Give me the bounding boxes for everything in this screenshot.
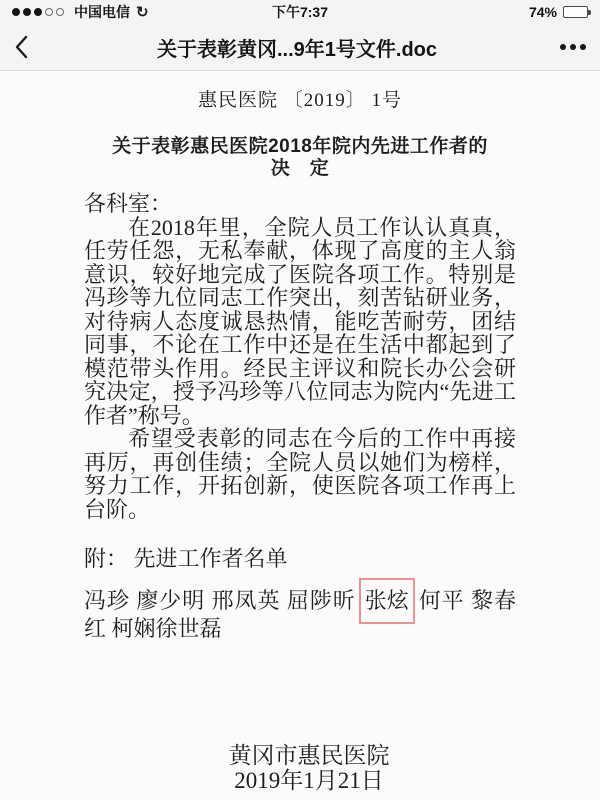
ellipsis-dot-icon [560,44,566,50]
ellipsis-dot-icon [580,44,586,50]
attachment-label: 附： 先进工作者名单 [84,547,516,571]
document-heading-line2: 决 定 [0,158,600,180]
signal-dot-filled [12,8,20,16]
names-list: 冯珍 廖少明 邢凤英 屈陟昕张炫何平 黎春红 柯娴徐世磊 [84,587,516,643]
more-options-button[interactable] [540,44,586,50]
document-scroll-area[interactable]: 惠民医院 〔2019〕 1号 关于表彰惠民医院2018年院内先进工作者的 决 定… [0,71,600,800]
chevron-left-icon [14,35,28,59]
highlighted-name: 张炫 [359,578,415,624]
document-heading: 关于表彰惠民医院2018年院内先进工作者的 决 定 [0,136,600,180]
document-body: 各科室： 在2018年里，全院人员工作认认真真，任劳任怨，无私奉献，体现了高度的… [84,192,516,793]
salutation: 各科室： [84,192,516,216]
document-number: 惠民医院 〔2019〕 1号 [0,85,600,112]
ellipsis-dot-icon [570,44,576,50]
document-heading-line1: 关于表彰惠民医院2018年院内先进工作者的 [0,136,600,158]
body-paragraph: 希望受表彰的同志在今后的工作中再接再厉，再创佳绩；全院人员以她们为榜样，努力工作… [84,427,516,521]
status-time: 下午7:37 [232,2,368,22]
status-bar: 中国电信 ↻ 下午7:37 74% [0,0,600,24]
document-title-bar: 关于表彰黄冈...9年1号文件.doc [54,33,540,62]
signal-dot-empty [45,8,53,16]
names-before: 冯珍 廖少明 邢凤英 屈陟昕 [84,588,356,613]
document-footer: 黄冈市惠民医院 2019年1月21日 [214,743,404,793]
document-date: 2019年1月21日 [214,768,404,793]
signal-strength-icon [12,8,64,16]
battery-percent-label: 74% [529,4,557,20]
battery-nub [588,10,591,15]
rotation-lock-icon: ↻ [136,5,149,20]
signal-dot-filled [23,8,31,16]
carrier-label: 中国电信 [74,2,130,22]
signal-dot-empty [56,8,64,16]
body-paragraph: 在2018年里，全院人员工作认认真真，任劳任怨，无私奉献，体现了高度的主人翁意识… [84,216,516,428]
battery-icon [563,6,588,18]
signature: 黄冈市惠民医院 [214,743,404,768]
phone-screen: 中国电信 ↻ 下午7:37 74% 关于表彰黄冈...9年1号文件.doc 惠民… [0,0,600,800]
status-bar-right: 74% [368,4,588,20]
back-button[interactable] [14,35,54,59]
status-bar-left: 中国电信 ↻ [12,2,232,22]
signal-dot-filled [34,8,42,16]
nav-bar: 关于表彰黄冈...9年1号文件.doc [0,24,600,71]
